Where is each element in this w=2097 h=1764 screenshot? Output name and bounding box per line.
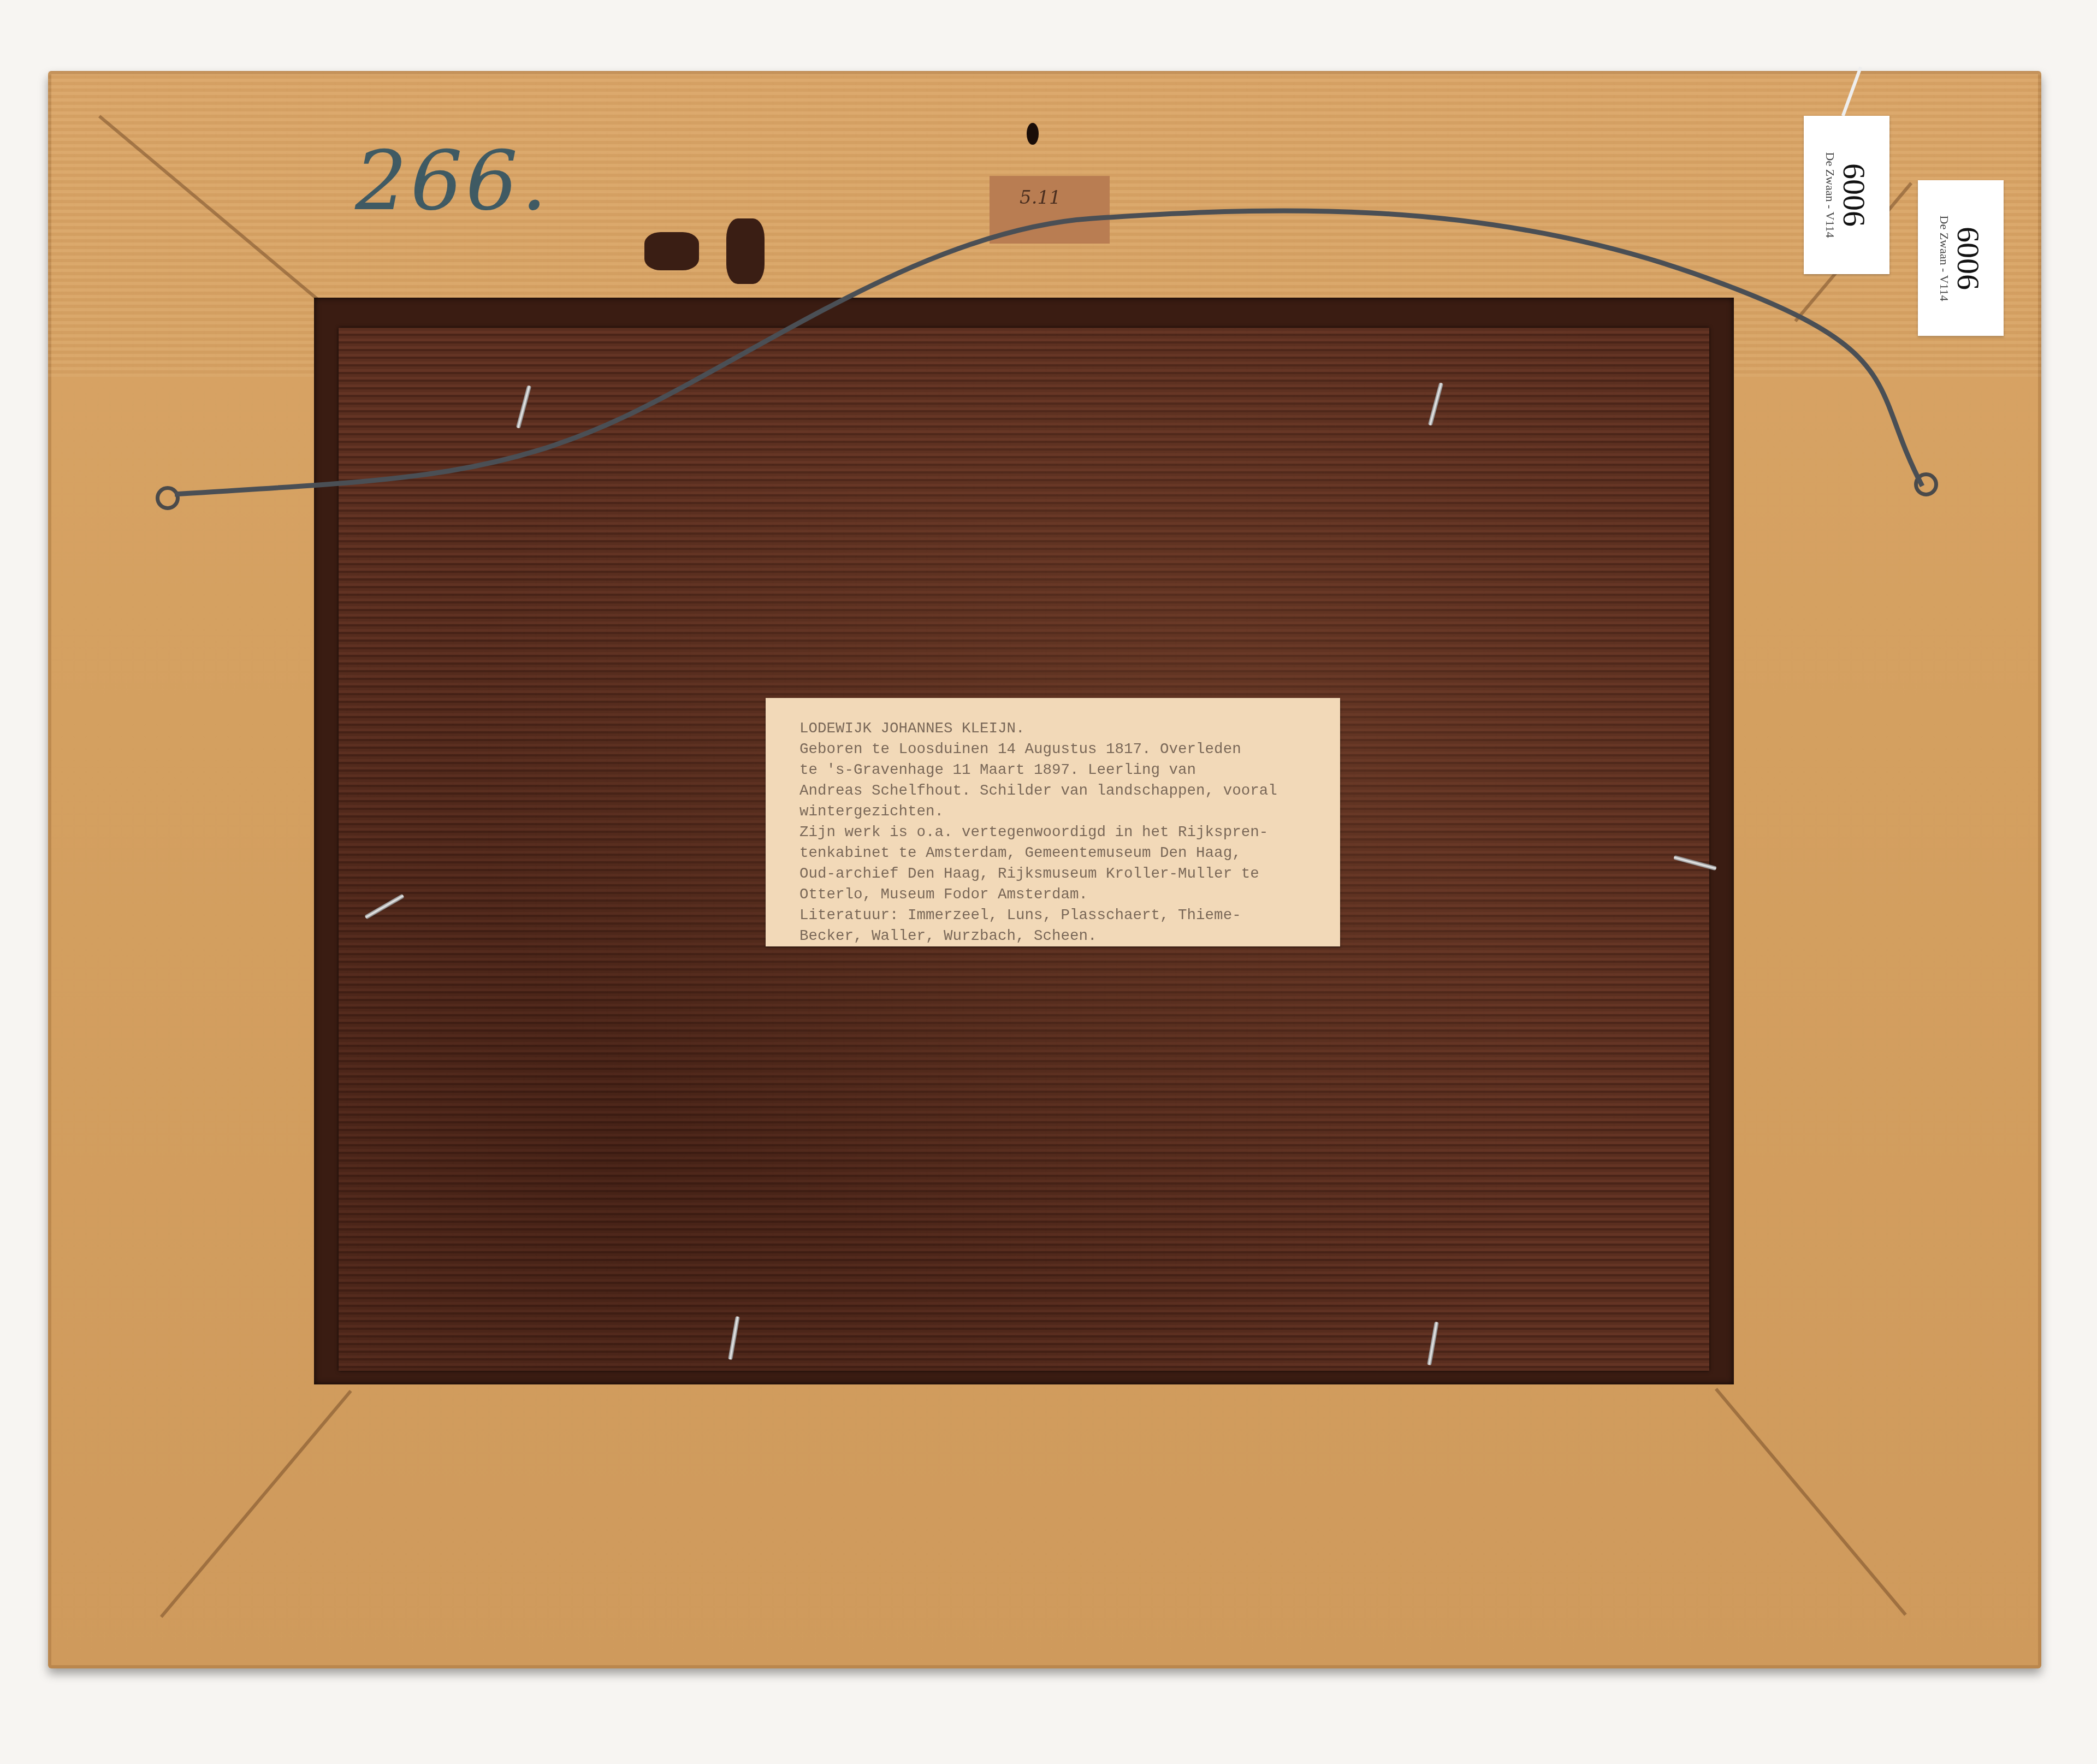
tag-lot-number: 6006 xyxy=(1837,152,1871,238)
auction-tag: 6006 De Zwaan - V114 xyxy=(1804,116,1889,274)
tag-lot-number: 6006 xyxy=(1951,215,1985,301)
hanging-wire xyxy=(0,0,2097,1764)
auction-tag: 6006 De Zwaan - V114 xyxy=(1918,180,2004,336)
tag-subtitle: De Zwaan - V114 xyxy=(1823,152,1837,238)
tag-subtitle: De Zwaan - V114 xyxy=(1937,215,1951,301)
